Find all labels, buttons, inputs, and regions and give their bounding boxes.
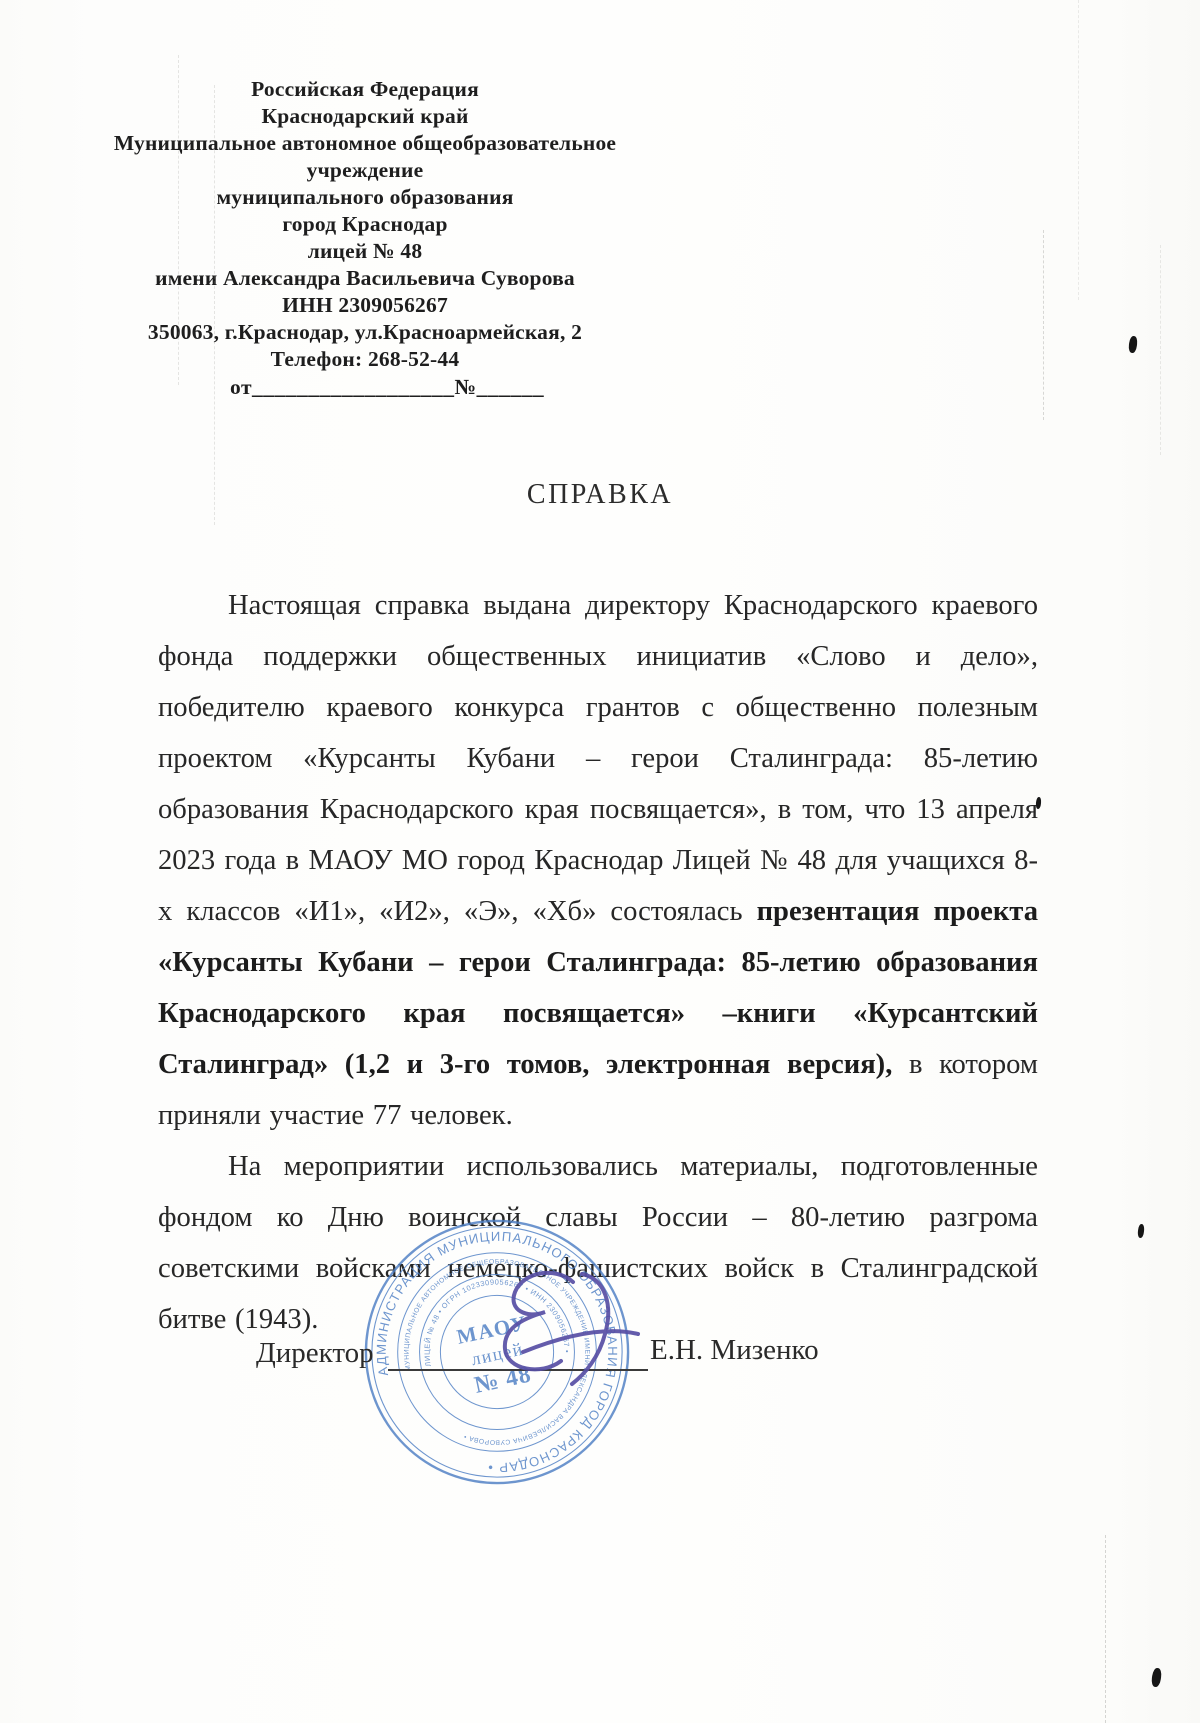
letterhead: Российская Федерация Краснодарский край …	[85, 76, 645, 401]
signature-name: Е.Н. Мизенко	[650, 1334, 819, 1367]
paragraph-1-start: Настоящая справка выдана директору Красн…	[158, 590, 1038, 927]
letterhead-inn: ИНН 2309056267	[85, 292, 645, 319]
letterhead-line: учреждение	[85, 157, 645, 184]
letterhead-phone: Телефон: 268-52-44	[85, 346, 645, 373]
signature-role-label: Директор	[256, 1337, 374, 1370]
letterhead-line: Краснодарский край	[85, 103, 645, 130]
document-title: СПРАВКА	[0, 479, 1200, 511]
scanned-document-page: Российская Федерация Краснодарский край …	[0, 0, 1200, 1723]
scan-ink-speck	[1151, 1667, 1163, 1687]
scan-fold-line	[178, 55, 179, 385]
date-number-line: от__________________№______	[85, 374, 645, 401]
scan-fold-line	[214, 85, 215, 525]
scan-fold-line	[1043, 230, 1044, 420]
scan-ink-speck	[1137, 1224, 1144, 1239]
letterhead-line: город Краснодар	[85, 211, 645, 238]
letterhead-line: Муниципальное автономное общеобразовател…	[85, 130, 645, 157]
letterhead-line: имени Александра Васильевича Суворова	[85, 265, 645, 292]
letterhead-line: лицей № 48	[85, 238, 645, 265]
letterhead-line: Российская Федерация	[85, 76, 645, 103]
paragraph-1: Настоящая справка выдана директору Красн…	[158, 580, 1038, 1141]
scan-ink-speck	[1035, 797, 1041, 809]
scan-fold-line	[1160, 245, 1161, 455]
scan-fold-line	[1078, 0, 1079, 300]
scan-fold-line	[1105, 1535, 1106, 1723]
letterhead-line: муниципального образования	[85, 184, 645, 211]
letterhead-address: 350063, г.Краснодар, ул.Красноармейская,…	[85, 319, 645, 346]
handwritten-signature	[455, 1258, 645, 1403]
scan-ink-speck	[1128, 336, 1138, 354]
